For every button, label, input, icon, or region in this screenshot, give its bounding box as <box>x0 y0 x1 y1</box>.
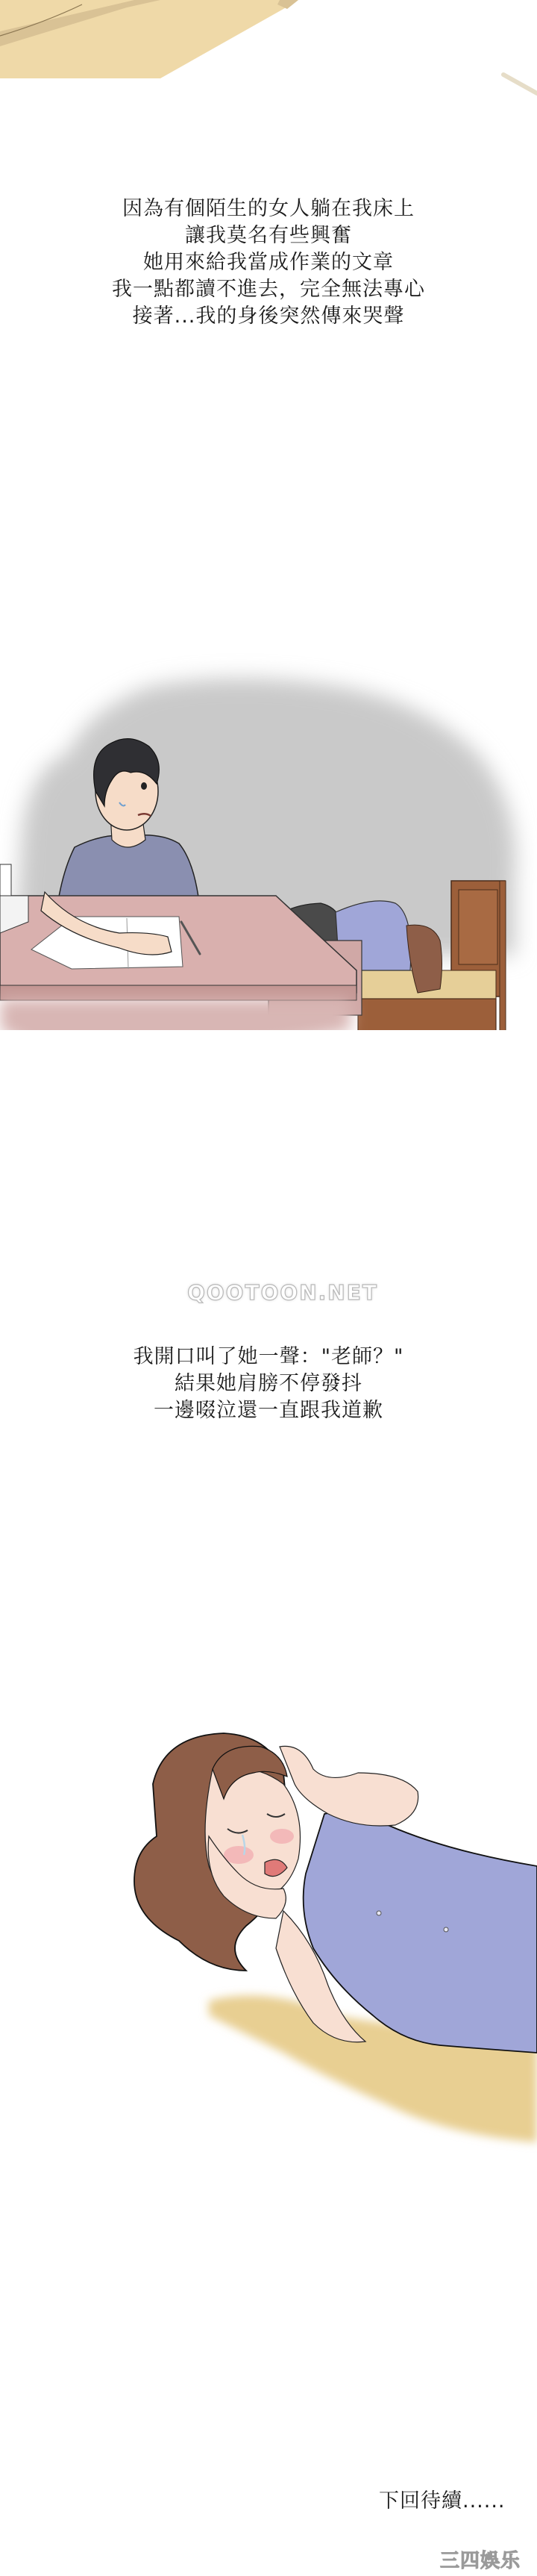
crying-woman-illustration <box>0 1702 537 2165</box>
caption-line: 讓我莫名有些興奮 <box>0 222 537 249</box>
panel-ceiling-corner <box>0 0 537 112</box>
caption-line: 我開口叫了她一聲："老師？" <box>0 1344 537 1370</box>
to-be-continued-label: 下回待續...... <box>379 2484 506 2513</box>
site-watermark: 三四娛乐 <box>440 2545 521 2573</box>
caption-line: 一邊啜泣還一直跟我道歉 <box>0 1397 537 1424</box>
caption-line: 我一點都讀不進去，完全無法專心 <box>0 276 537 303</box>
panel-crying-woman <box>0 1702 537 2165</box>
narration-caption-1: 因為有個陌生的女人躺在我床上 讓我莫名有些興奮 她用來給我當成作業的文章 我一點… <box>0 196 537 330</box>
caption-line: 結果她肩膀不停發抖 <box>0 1370 537 1397</box>
narration-caption-2: 我開口叫了她一聲："老師？" 結果她肩膀不停發抖 一邊啜泣還一直跟我道歉 <box>0 1344 537 1424</box>
caption-line: 接著...我的身後突然傳來哭聲 <box>0 303 537 330</box>
caption-line: 她用來給我當成作業的文章 <box>0 249 537 276</box>
desk-scene-illustration <box>0 642 537 1030</box>
qootoon-watermark: QOOTOON.NET <box>182 1278 383 1308</box>
panel-desk-scene <box>0 642 537 1030</box>
caption-line: 因為有個陌生的女人躺在我床上 <box>0 196 537 222</box>
ceiling-illustration <box>0 0 537 112</box>
